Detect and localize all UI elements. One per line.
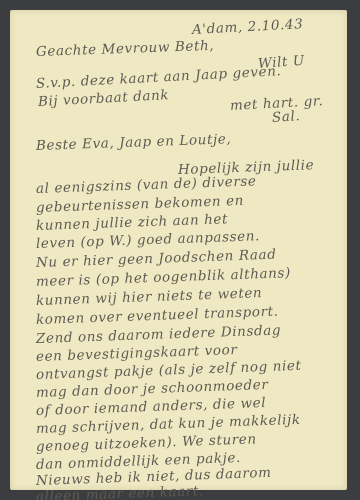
- recipient-salutation: Geachte Mevrouw Beth,: [36, 38, 215, 60]
- recipient-signature: Sal.: [271, 108, 300, 126]
- postcard: A'dam, 2.10.43 Geachte Mevrouw Beth, Wil…: [10, 10, 347, 490]
- letter-greeting: Beste Eva, Jaap en Loutje,: [36, 131, 232, 154]
- place-date: A'dam, 2.10.43: [192, 16, 304, 38]
